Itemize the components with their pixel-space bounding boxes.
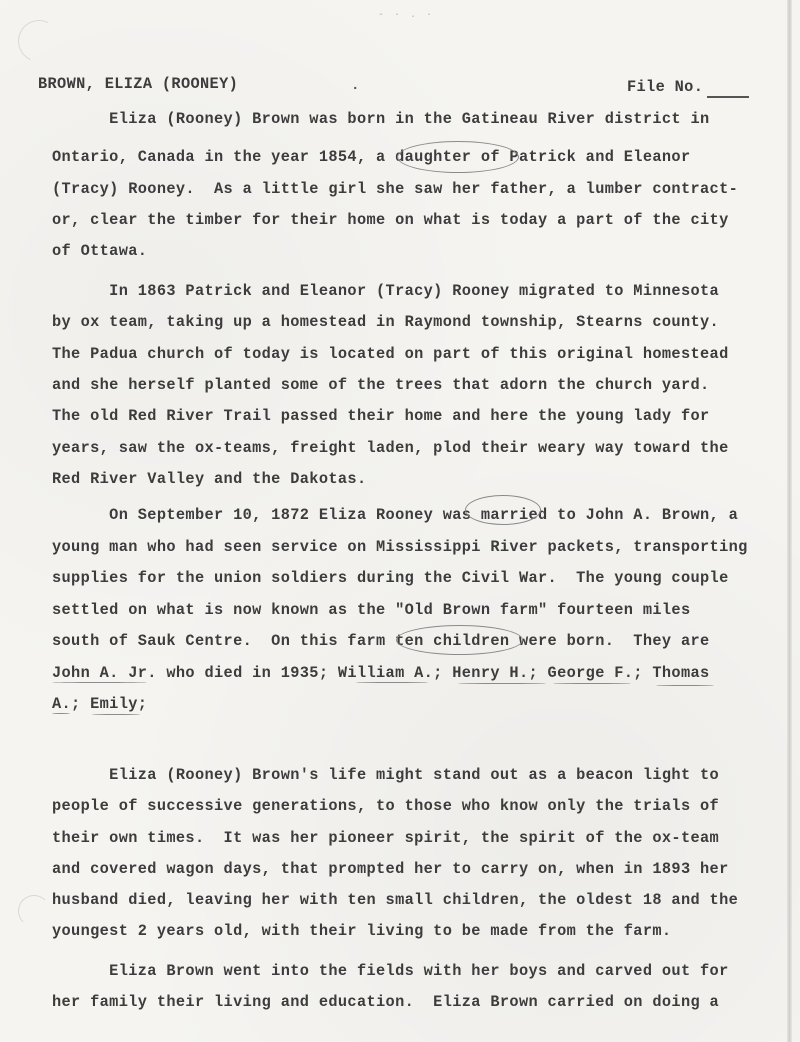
record-name-heading: BROWN, ELIZA (ROONEY) <box>38 75 238 93</box>
body-text-line: south of Sauk Centre. On this farm ten c… <box>52 632 710 650</box>
stray-pencil-mark <box>12 14 66 68</box>
header-dot: . <box>351 78 359 94</box>
body-text-line: husband died, leaving her with ten small… <box>52 891 738 909</box>
body-text-line: On September 10, 1872 Eliza Rooney was m… <box>52 506 738 524</box>
file-number-label: File No. <box>627 78 703 96</box>
body-text-line: youngest 2 years old, with their living … <box>52 922 671 940</box>
circle-annotation-ten-children <box>396 625 523 655</box>
circle-annotation-daughter-of <box>397 141 519 173</box>
body-text-line: or, clear the timber for their home on w… <box>52 211 729 229</box>
underline-henry <box>458 683 546 684</box>
body-text-line: by ox team, taking up a homestead in Ray… <box>52 313 719 331</box>
body-text-line: Eliza (Rooney) Brown's life might stand … <box>52 766 719 784</box>
body-text-line: John A. Jr. who died in 1935; William A.… <box>52 664 710 682</box>
body-text-line: Red River Valley and the Dakotas. <box>52 470 366 488</box>
document-page: - · . ∙ BROWN, ELIZA (ROONEY) . File No.… <box>0 0 800 1042</box>
body-text-line: (Tracy) Rooney. As a little girl she saw… <box>52 180 738 198</box>
underline-emily <box>92 714 140 715</box>
body-text-line: Eliza (Rooney) Brown was born in the Gat… <box>52 110 710 128</box>
body-text-line: Eliza Brown went into the fields with he… <box>52 962 729 980</box>
body-text-line: years, saw the ox-teams, freight laden, … <box>52 439 729 457</box>
stray-pencil-mark <box>18 895 50 927</box>
body-text-line: The Padua church of today is located on … <box>52 345 729 363</box>
body-text-line: young man who had seen service on Missis… <box>52 538 748 556</box>
underline-thomas-a <box>52 713 70 714</box>
body-text-line: her family their living and education. E… <box>52 993 719 1011</box>
body-text-line: A.; Emily; <box>52 695 147 713</box>
top-margin-mark: - · . ∙ <box>378 10 434 21</box>
body-text-line: settled on what is now known as the "Old… <box>52 601 690 619</box>
body-text-line: In 1863 Patrick and Eleanor (Tracy) Roon… <box>52 282 719 300</box>
body-text-line: their own times. It was her pioneer spir… <box>52 829 719 847</box>
page-edge-shadow <box>787 0 792 1042</box>
underline-george <box>553 683 631 684</box>
body-text-line: The old Red River Trail passed their hom… <box>52 407 710 425</box>
underline-thomas <box>656 685 714 686</box>
body-text-line: of Ottawa. <box>52 242 147 260</box>
underline-william <box>356 682 428 683</box>
body-text-line: supplies for the union soldiers during t… <box>52 569 729 587</box>
circle-annotation-married <box>465 495 541 525</box>
file-number-blank <box>707 96 749 98</box>
body-text-line: people of successive generations, to tho… <box>52 797 719 815</box>
underline-john-jr <box>52 682 147 683</box>
body-text-line: Ontario, Canada in the year 1854, a daug… <box>52 148 690 166</box>
body-text-line: and she herself planted some of the tree… <box>52 376 710 394</box>
body-text-line: and covered wagon days, that prompted he… <box>52 860 729 878</box>
